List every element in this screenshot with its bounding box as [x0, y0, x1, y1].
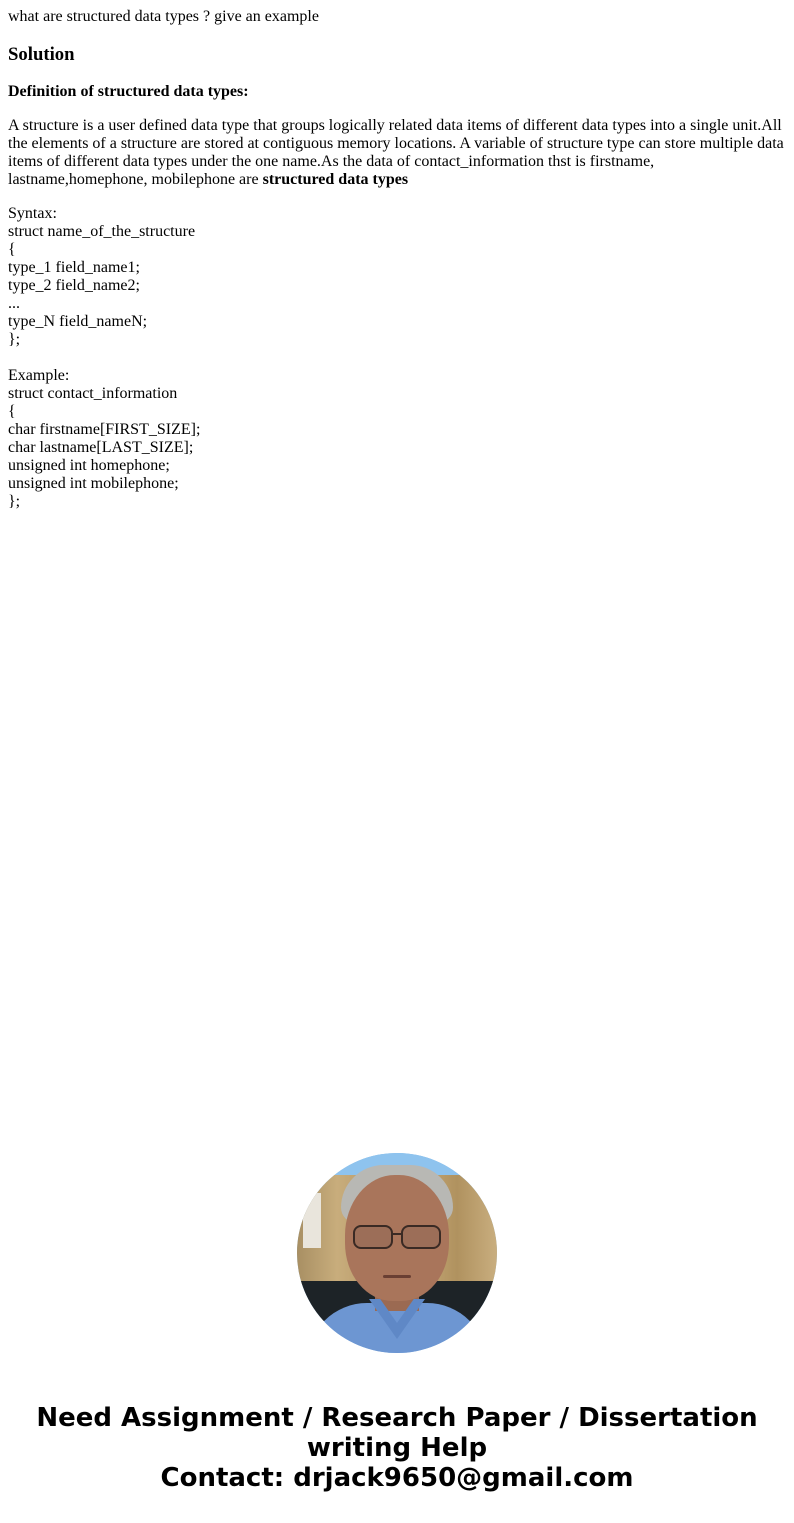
- promo-contact: Contact: drjack9650@gmail.com: [0, 1463, 794, 1493]
- syntax-line: struct name_of_the_structure: [8, 223, 786, 241]
- question-text: what are structured data types ? give an…: [8, 8, 786, 26]
- syntax-line: };: [8, 331, 786, 349]
- solution-heading: Solution: [8, 44, 786, 66]
- syntax-line: type_2 field_name2;: [8, 277, 786, 295]
- definition-paragraph: A structure is a user defined data type …: [8, 117, 786, 189]
- glasses-icon: [353, 1225, 393, 1249]
- syntax-line: type_1 field_name1;: [8, 259, 786, 277]
- example-line: char firstname[FIRST_SIZE];: [8, 421, 786, 439]
- definition-bold-term: structured data types: [263, 171, 408, 188]
- syntax-block: Syntax: struct name_of_the_structure { t…: [8, 205, 786, 511]
- photo-mouth: [383, 1275, 411, 1278]
- author-photo: [297, 1153, 497, 1353]
- promo-line-2: writing Help: [0, 1433, 794, 1463]
- promo-banner: Need Assignment / Research Paper / Disse…: [0, 1403, 794, 1493]
- definition-heading: Definition of structured data types:: [8, 83, 786, 101]
- spacer: [8, 349, 786, 367]
- glasses-icon: [401, 1225, 441, 1249]
- example-line: {: [8, 403, 786, 421]
- photo-switchboard: [303, 1193, 321, 1248]
- glasses-bridge: [391, 1233, 401, 1235]
- example-line: unsigned int homephone;: [8, 457, 786, 475]
- syntax-line: {: [8, 241, 786, 259]
- example-line: };: [8, 493, 786, 511]
- example-label: Example:: [8, 367, 786, 385]
- promo-line-1: Need Assignment / Research Paper / Disse…: [0, 1403, 794, 1433]
- syntax-line: ...: [8, 295, 786, 313]
- example-line: char lastname[LAST_SIZE];: [8, 439, 786, 457]
- syntax-line: type_N field_nameN;: [8, 313, 786, 331]
- example-line: unsigned int mobilephone;: [8, 475, 786, 493]
- syntax-label: Syntax:: [8, 205, 786, 223]
- example-line: struct contact_information: [8, 385, 786, 403]
- document-body: what are structured data types ? give an…: [8, 8, 786, 511]
